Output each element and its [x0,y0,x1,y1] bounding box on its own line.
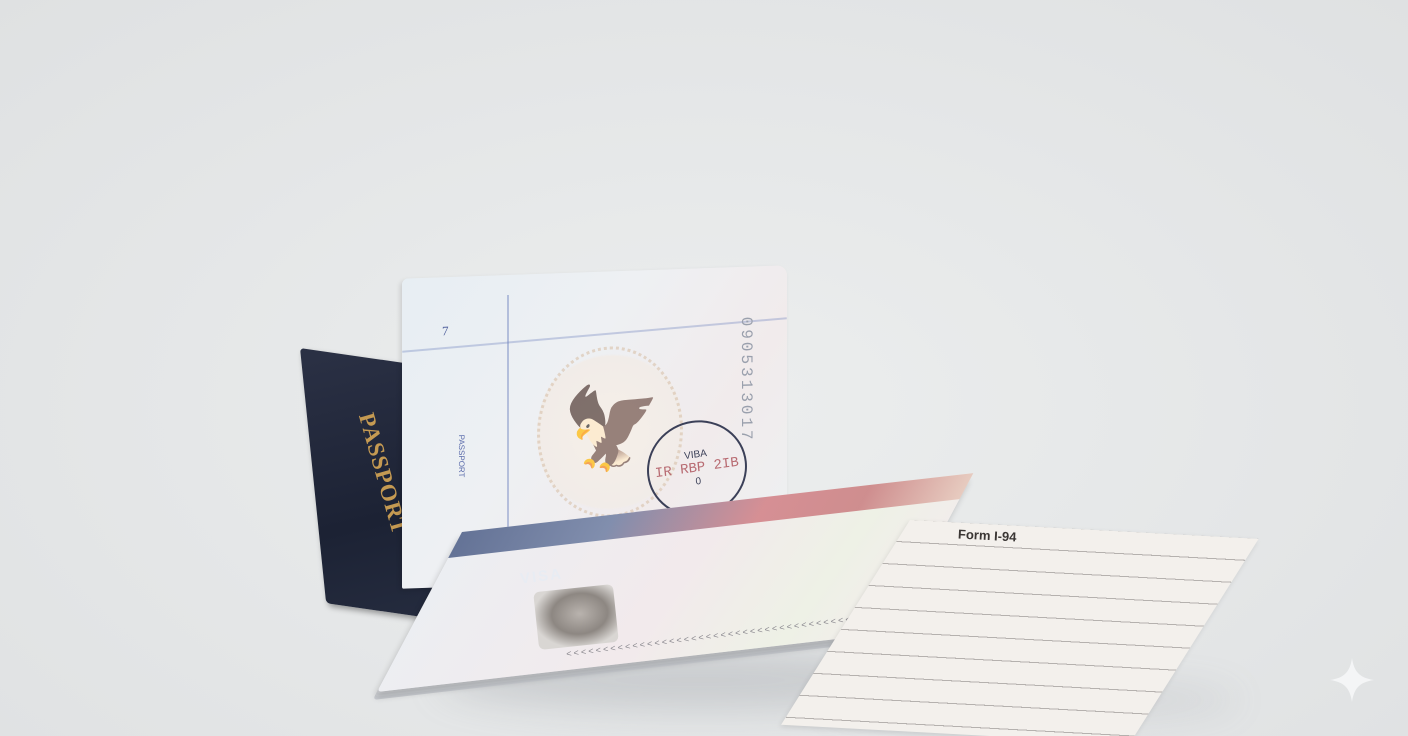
sparkle-icon [1328,656,1376,704]
stamp-line3: 0 [695,476,702,488]
page-guide-line [402,317,787,353]
page-number: 7 [442,323,449,339]
visa-holder-photo [533,584,619,650]
page-side-code: PASSPORT [457,434,466,477]
photo-scene: PASSPORT 7 PASSPORT 🦅 VIBA IR RBP 2IB 0 … [0,0,1408,736]
form-title: Form I-94 [958,526,1017,544]
page-serial-number: 0905313017 [737,316,755,443]
